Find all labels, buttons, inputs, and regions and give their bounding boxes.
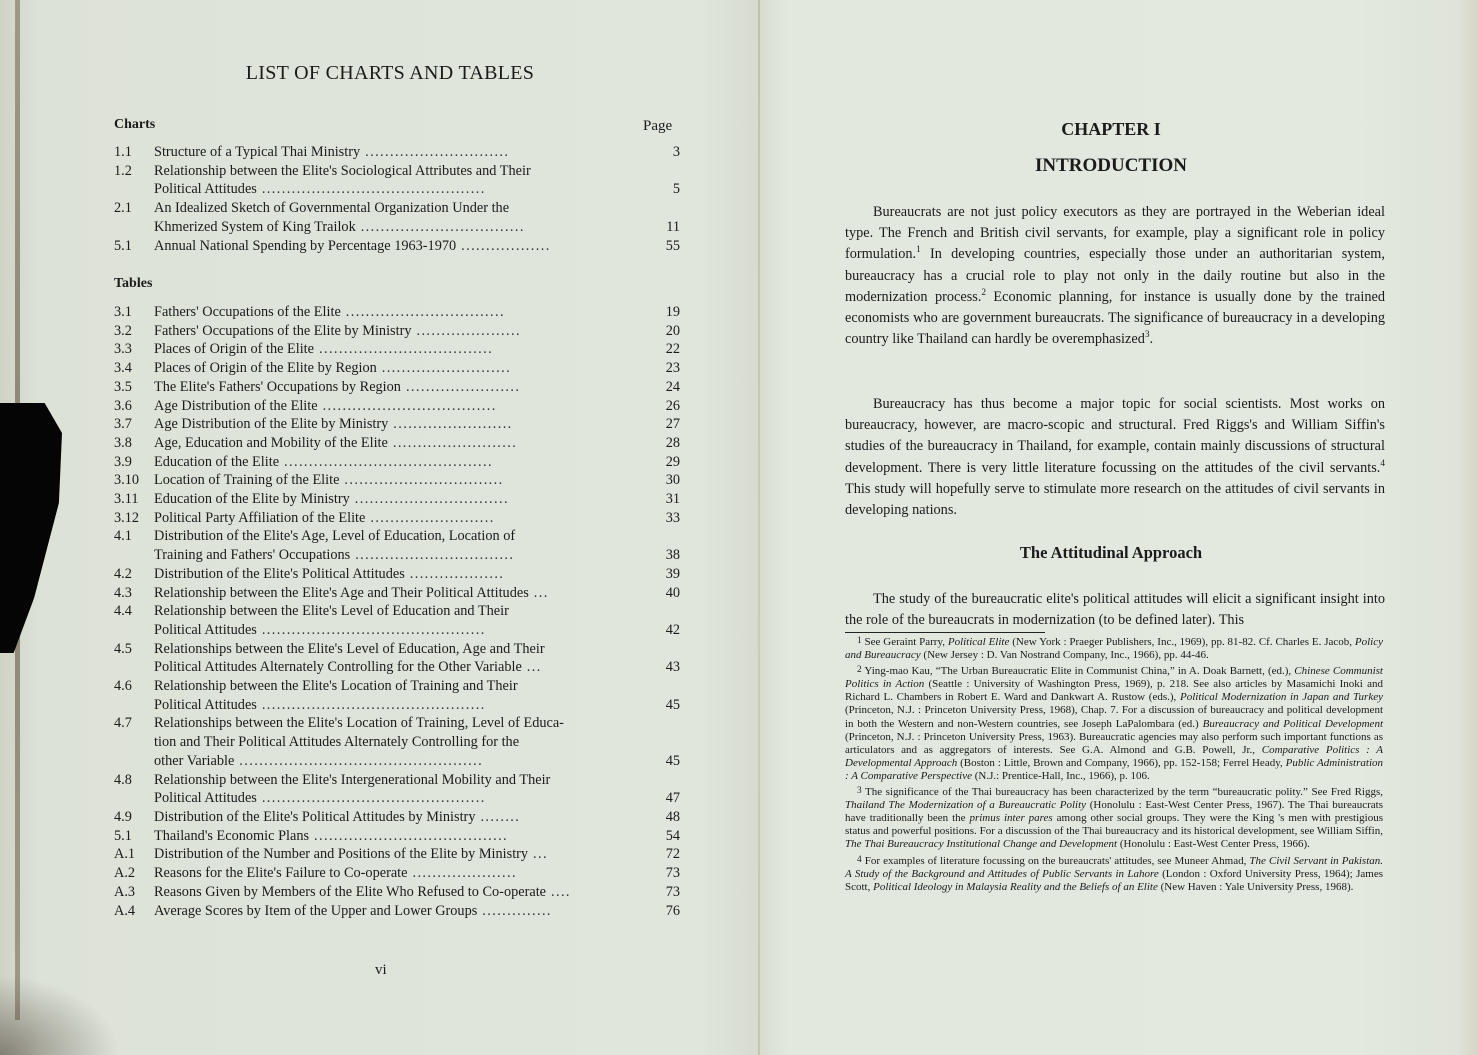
toc-entry-line: Political Attitudes ....................… (154, 789, 628, 808)
toc-entry-title: Relationship between the Elite's Locatio… (154, 677, 640, 714)
toc-entry-number: 4.7 (114, 714, 154, 733)
text-run: See Geraint Parry, (862, 636, 948, 648)
toc-entry-title: Relationship between the Elite's Level o… (154, 602, 640, 639)
toc-entry-line: other Variable .........................… (154, 752, 628, 771)
dot-leader: ......................... (388, 435, 517, 451)
toc-entry-number: A.2 (114, 864, 154, 883)
tables-heading: Tables (114, 276, 152, 292)
italic-title: Thailand The Modernization of a Bureaucr… (845, 799, 1086, 811)
dot-leader: .... (546, 884, 571, 900)
toc-entry[interactable]: 3.1Fathers' Occupations of the Elite ...… (114, 303, 680, 322)
toc-entry-title: Annual National Spending by Percentage 1… (154, 237, 640, 256)
toc-entry-title: The Elite's Fathers' Occupations by Regi… (154, 378, 640, 397)
toc-entry-title: Distribution of the Elite's Political At… (154, 565, 640, 584)
toc-entry-line: Reasons for the Elite's Failure to Co-op… (154, 864, 628, 883)
toc-entry-number: A.3 (114, 883, 154, 902)
corner-shadow (0, 975, 120, 1055)
toc-entry-line: Places of Origin of the Elite by Region … (154, 359, 628, 378)
toc-entry-title: Age Distribution of the Elite ..........… (154, 397, 640, 416)
toc-entry-page: 45 (640, 752, 680, 771)
footnote: 1 See Geraint Parry, Political Elite (Ne… (845, 635, 1383, 662)
toc-entry-line: Average Scores by Item of the Upper and … (154, 902, 628, 921)
toc-entry-page: 20 (640, 322, 680, 341)
toc-entry-title: Places of Origin of the Elite by Region … (154, 359, 640, 378)
toc-entry-page: 29 (640, 453, 680, 472)
toc-entry-line: Age, Education and Mobility of the Elite… (154, 434, 628, 453)
charts-heading: Charts (114, 117, 155, 133)
toc-entry[interactable]: 3.12Political Party Affiliation of the E… (114, 509, 680, 528)
toc-entry[interactable]: 3.5The Elite's Fathers' Occupations by R… (114, 378, 680, 397)
toc-entry[interactable]: 3.10Location of Training of the Elite ..… (114, 471, 680, 490)
text-run: This study will hopefully serve to stimu… (845, 481, 1385, 518)
toc-entry-number: 3.5 (114, 378, 154, 397)
toc-entry-number: 3.11 (114, 490, 154, 509)
toc-entry[interactable]: 5.1Annual National Spending by Percentag… (114, 237, 680, 256)
toc-entry[interactable]: 5.1Thailand's Economic Plans ...........… (114, 827, 680, 846)
toc-entry-line: Location of Training of the Elite ......… (154, 471, 628, 490)
toc-entry-title: Distribution of the Elite's Age, Level o… (154, 527, 640, 564)
footnote: 3 The significance of the Thai bureaucra… (845, 785, 1383, 851)
dot-leader: .............. (477, 903, 552, 919)
dot-leader: .................. (456, 238, 551, 254)
italic-title: Political Elite (948, 636, 1010, 648)
toc-entry-title: Age, Education and Mobility of the Elite… (154, 434, 640, 453)
toc-entry-page: 48 (640, 808, 680, 827)
toc-entry-line: Age Distribution of the Elite by Ministr… (154, 415, 628, 434)
toc-entry-title: Relationship between the Elite's Age and… (154, 584, 640, 603)
section-paragraph-text: The study of the bureaucratic elite's po… (845, 589, 1385, 631)
toc-entry-line: Distribution of the Elite's Political At… (154, 565, 628, 584)
toc-entry-page: 27 (640, 415, 680, 434)
dot-leader: ....................... (401, 379, 520, 395)
toc-entry-line: Distribution of the Elite's Age, Level o… (154, 527, 628, 546)
dot-leader: ................................ (350, 547, 514, 563)
footnotes: 1 See Geraint Parry, Political Elite (Ne… (845, 635, 1383, 896)
toc-entry-line: An Idealized Sketch of Governmental Orga… (154, 199, 628, 218)
toc-entry[interactable]: 3.4Places of Origin of the Elite by Regi… (114, 359, 680, 378)
toc-entry-number: 4.6 (114, 677, 154, 696)
toc-entry-number: 4.3 (114, 584, 154, 603)
toc-entry-number: 1.1 (114, 143, 154, 162)
toc-entry-title: Average Scores by Item of the Upper and … (154, 902, 640, 921)
toc-entry[interactable]: 3.6Age Distribution of the Elite .......… (114, 397, 680, 416)
toc-entry-title: Political Party Affiliation of the Elite… (154, 509, 640, 528)
toc-entry-line: Thailand's Economic Plans ..............… (154, 827, 628, 846)
toc-entry-page: 39 (640, 565, 680, 584)
toc-entry-line: Age Distribution of the Elite ..........… (154, 397, 628, 416)
dot-leader: ....................................... (309, 828, 508, 844)
toc-entry[interactable]: 4.7Relationships between the Elite's Loc… (114, 714, 680, 770)
toc-entry[interactable]: 3.8Age, Education and Mobility of the El… (114, 434, 680, 453)
dot-leader: ........................................… (279, 454, 493, 470)
toc-entry-title: Structure of a Typical Thai Ministry ...… (154, 143, 640, 162)
text-run: (Boston : Little, Brown and Company, 196… (957, 757, 1285, 769)
toc-entry[interactable]: 4.3Relationship between the Elite's Age … (114, 584, 680, 603)
toc-entry-page: 19 (640, 303, 680, 322)
toc-entry[interactable]: 4.4Relationship between the Elite's Leve… (114, 602, 680, 639)
text-run: . (1150, 331, 1154, 347)
toc-entry-title: Relationships between the Elite's Level … (154, 640, 640, 677)
italic-title: Political Modernization in Japan and Tur… (1180, 691, 1383, 703)
toc-entry-page: 54 (640, 827, 680, 846)
list-title: LIST OF CHARTS AND TABLES (0, 62, 780, 85)
toc-entry-title: Thailand's Economic Plans ..............… (154, 827, 640, 846)
dot-leader: ................................ (339, 472, 503, 488)
italic-title: The Thai Bureaucracy Institutional Chang… (845, 838, 1117, 850)
toc-entry-title: Fathers' Occupations of the Elite by Min… (154, 322, 640, 341)
toc-entry-number: 5.1 (114, 237, 154, 256)
toc-entry-number: 3.2 (114, 322, 154, 341)
toc-entry-page: 24 (640, 378, 680, 397)
dot-leader: ........ (475, 809, 520, 825)
text-run: The significance of the Thai bureaucracy… (862, 786, 1383, 798)
toc-entry-page: 26 (640, 397, 680, 416)
dot-leader: ........................ (388, 416, 512, 432)
toc-entry-line: Khmerized System of King Trailok .......… (154, 218, 628, 237)
text-run: For examples of literature focussing on … (862, 855, 1250, 867)
toc-entry[interactable]: 4.9Distribution of the Elite's Political… (114, 808, 680, 827)
toc-entry[interactable]: A.1Distribution of the Number and Positi… (114, 845, 680, 864)
body-paragraph-2: Bureaucracy has thus become a major topi… (845, 394, 1385, 521)
toc-entry-title: Relationship between the Elite's Sociolo… (154, 162, 640, 199)
toc-entry-line: tion and Their Political Attitudes Alter… (154, 733, 628, 752)
toc-entry-page: 73 (640, 883, 680, 902)
toc-entry-line: Relationship between the Elite's Interge… (154, 771, 628, 790)
toc-entry-line: Reasons Given by Members of the Elite Wh… (154, 883, 628, 902)
toc-entry-page: 76 (640, 902, 680, 921)
body-paragraph-3: The study of the bureaucratic elite's po… (845, 589, 1385, 631)
dot-leader: ......................... (365, 510, 494, 526)
toc-entry-number: 3.12 (114, 509, 154, 528)
text-run: (N.J.: Prentice-Hall, Inc., 1966), p. 10… (972, 770, 1150, 782)
toc-entry-page: 73 (640, 864, 680, 883)
toc-entry-title: Relationship between the Elite's Interge… (154, 771, 640, 808)
toc-entry-page: 28 (640, 434, 680, 453)
toc-entry[interactable]: 4.2Distribution of the Elite's Political… (114, 565, 680, 584)
toc-entry[interactable]: 4.1Distribution of the Elite's Age, Leve… (114, 527, 680, 564)
dot-leader: ..................... (408, 865, 517, 881)
dot-leader: ... (529, 585, 549, 601)
toc-entry-number: 4.4 (114, 602, 154, 621)
footnote-rule (845, 632, 1045, 633)
section-heading: The Attitudinal Approach (758, 543, 1464, 563)
toc-entry[interactable]: 3.2Fathers' Occupations of the Elite by … (114, 322, 680, 341)
page-column-heading: Page (643, 118, 672, 135)
body-paragraph-1: Bureaucrats are not just policy executor… (845, 202, 1385, 350)
text-run: (New Haven : Yale University Press, 1968… (1158, 881, 1354, 893)
toc-entry-line: The Elite's Fathers' Occupations by Regi… (154, 378, 628, 397)
toc-entry[interactable]: 3.9Education of the Elite ..............… (114, 453, 680, 472)
toc-entry-line: Political Attitudes ....................… (154, 180, 628, 199)
page-number-left: vi (375, 962, 387, 979)
toc-entry-line: Annual National Spending by Percentage 1… (154, 237, 628, 256)
toc-entry-line: Relationships between the Elite's Locati… (154, 714, 628, 733)
toc-entry-title: An Idealized Sketch of Governmental Orga… (154, 199, 640, 236)
toc-entry-line: Relationship between the Elite's Locatio… (154, 677, 628, 696)
toc-entry-title: Relationships between the Elite's Locati… (154, 714, 640, 770)
toc-entry-number: 4.5 (114, 640, 154, 659)
toc-entry-line: Relationship between the Elite's Age and… (154, 584, 628, 603)
toc-entry-page: 22 (640, 340, 680, 359)
toc-entry-number: 4.9 (114, 808, 154, 827)
toc-entry-page: 30 (640, 471, 680, 490)
toc-entry-title: Distribution of the Number and Positions… (154, 845, 640, 864)
toc-entry-number: A.1 (114, 845, 154, 864)
dot-leader: ................................... (318, 398, 497, 414)
toc-entry-number: 3.6 (114, 397, 154, 416)
toc-entry-page: 72 (640, 845, 680, 864)
toc-entry-page: 40 (640, 584, 680, 603)
toc-entry-number: 3.7 (114, 415, 154, 434)
text-run: (New York : Praeger Publishers, Inc., 19… (1009, 636, 1355, 648)
dot-leader: ................................... (314, 341, 493, 357)
toc-entry-line: Relationship between the Elite's Sociolo… (154, 162, 628, 181)
text-run: (New Jersey : D. Van Nostrand Company, I… (921, 649, 1209, 661)
toc-entry-line: Distribution of the Number and Positions… (154, 845, 628, 864)
chapter-title: INTRODUCTION (758, 155, 1464, 177)
toc-entry-number: 3.4 (114, 359, 154, 378)
dot-leader: ............................. (360, 144, 509, 160)
toc-entry-title: Age Distribution of the Elite by Ministr… (154, 415, 640, 434)
toc-entry-line: Places of Origin of the Elite ..........… (154, 340, 628, 359)
toc-entry[interactable]: 1.2Relationship between the Elite's Soci… (114, 162, 680, 199)
footnote-reference: 4 (1380, 459, 1385, 469)
toc-entry-title: Distribution of the Elite's Political At… (154, 808, 640, 827)
text-run: Bureaucracy has thus become a major topi… (845, 396, 1385, 476)
toc-entry-title: Fathers' Occupations of the Elite ......… (154, 303, 640, 322)
toc-entry-line: Relationships between the Elite's Level … (154, 640, 628, 659)
toc-entry-number: A.4 (114, 902, 154, 921)
footnote: 2 Ying-mao Kau, “The Urban Bureaucratic … (845, 664, 1383, 783)
toc-entry[interactable]: 3.3Places of Origin of the Elite .......… (114, 340, 680, 359)
toc-entry[interactable]: 1.1Structure of a Typical Thai Ministry … (114, 143, 680, 162)
dot-leader: ... (528, 846, 548, 862)
toc-entry[interactable]: A.2Reasons for the Elite's Failure to Co… (114, 864, 680, 883)
toc-entry-line: Education of the Elite by Ministry .....… (154, 490, 628, 509)
toc-entry-line: Education of the Elite .................… (154, 453, 628, 472)
toc-entry-line: Fathers' Occupations of the Elite ......… (154, 303, 628, 322)
toc-entry-number: 4.8 (114, 771, 154, 790)
toc-entry-line: Training and Fathers' Occupations ......… (154, 546, 628, 565)
toc-entry-line: Fathers' Occupations of the Elite by Min… (154, 322, 628, 341)
toc-entry-page: 31 (640, 490, 680, 509)
toc-entry-number: 3.3 (114, 340, 154, 359)
text-run: (Honolulu : East-West Center Press, 1966… (1117, 838, 1310, 850)
toc-entry[interactable]: A.3Reasons Given by Members of the Elite… (114, 883, 680, 902)
toc-entry[interactable]: 4.6Relationship between the Elite's Loca… (114, 677, 680, 714)
dot-leader: ............................... (350, 491, 509, 507)
italic-title: primus inter pares (969, 812, 1052, 824)
toc-entry-page: 45 (640, 696, 680, 715)
toc-entry-line: Political Attitudes ....................… (154, 621, 628, 640)
toc-entry-number: 3.9 (114, 453, 154, 472)
chapter-label: CHAPTER I (758, 119, 1464, 140)
toc-entry[interactable]: 2.1An Idealized Sketch of Governmental O… (114, 199, 680, 236)
toc-entry[interactable]: 4.5Relationships between the Elite's Lev… (114, 640, 680, 677)
charts-list: 1.1Structure of a Typical Thai Ministry … (114, 143, 680, 255)
toc-entry-number: 4.1 (114, 527, 154, 546)
toc-entry-title: Reasons Given by Members of the Elite Wh… (154, 883, 640, 902)
toc-entry-page: 33 (640, 509, 680, 528)
toc-entry-title: Location of Training of the Elite ......… (154, 471, 640, 490)
dot-leader: ........................................… (257, 697, 486, 713)
toc-entry-page: 5 (640, 180, 680, 199)
toc-entry-title: Education of the Elite .................… (154, 453, 640, 472)
text-run: Ying-mao Kau, “The Urban Bureaucratic El… (862, 665, 1295, 677)
italic-title: Political Ideology in Malaysia Reality a… (873, 881, 1158, 893)
toc-entry-page: 47 (640, 789, 680, 808)
footnote: 4 For examples of literature focussing o… (845, 854, 1383, 894)
dot-leader: ........................................… (234, 753, 483, 769)
dot-leader: .......................... (377, 360, 511, 376)
toc-entry-line: Relationship between the Elite's Level o… (154, 602, 628, 621)
toc-entry-line: Political Attitudes ....................… (154, 696, 628, 715)
toc-entry[interactable]: 3.11Education of the Elite by Ministry .… (114, 490, 680, 509)
dot-leader: ... (522, 659, 542, 675)
italic-title: Bureaucracy and Political Development (1203, 718, 1383, 730)
toc-entry-number: 3.1 (114, 303, 154, 322)
toc-entry-title: Education of the Elite by Ministry .....… (154, 490, 640, 509)
toc-entry-title: Places of Origin of the Elite ..........… (154, 340, 640, 359)
toc-entry-line: Political Party Affiliation of the Elite… (154, 509, 628, 528)
paragraph-text: Bureaucrats are not just policy executor… (845, 202, 1385, 350)
toc-entry-line: Structure of a Typical Thai Ministry ...… (154, 143, 628, 162)
toc-entry-line: Political Attitudes Alternately Controll… (154, 658, 628, 677)
toc-entry-page: 38 (640, 546, 680, 565)
toc-entry-page: 11 (640, 218, 680, 237)
toc-entry-number: 3.8 (114, 434, 154, 453)
toc-entry-page: 3 (640, 143, 680, 162)
dot-leader: ........................................… (257, 181, 486, 197)
toc-entry-number: 2.1 (114, 199, 154, 218)
toc-entry-page: 43 (640, 658, 680, 677)
toc-entry-title: Reasons for the Elite's Failure to Co-op… (154, 864, 640, 883)
toc-entry-line: Distribution of the Elite's Political At… (154, 808, 628, 827)
toc-entry[interactable]: 3.7Age Distribution of the Elite by Mini… (114, 415, 680, 434)
dot-leader: ........................................… (257, 790, 486, 806)
toc-entry-number: 5.1 (114, 827, 154, 846)
toc-entry[interactable]: 4.8Relationship between the Elite's Inte… (114, 771, 680, 808)
toc-entry-page: 23 (640, 359, 680, 378)
toc-entry-page: 42 (640, 621, 680, 640)
toc-entry-page: 55 (640, 237, 680, 256)
toc-entry[interactable]: A.4Average Scores by Item of the Upper a… (114, 902, 680, 921)
dot-leader: ........................................… (257, 622, 486, 638)
toc-entry-number: 3.10 (114, 471, 154, 490)
toc-entry-number: 4.2 (114, 565, 154, 584)
dot-leader: ................... (405, 566, 504, 582)
dot-leader: ................................. (356, 219, 525, 235)
dot-leader: ................................ (341, 304, 505, 320)
toc-entry-number: 1.2 (114, 162, 154, 181)
paragraph-text: Bureaucracy has thus become a major topi… (845, 394, 1385, 521)
dot-leader: ..................... (412, 323, 521, 339)
tables-list: 3.1Fathers' Occupations of the Elite ...… (114, 303, 680, 920)
